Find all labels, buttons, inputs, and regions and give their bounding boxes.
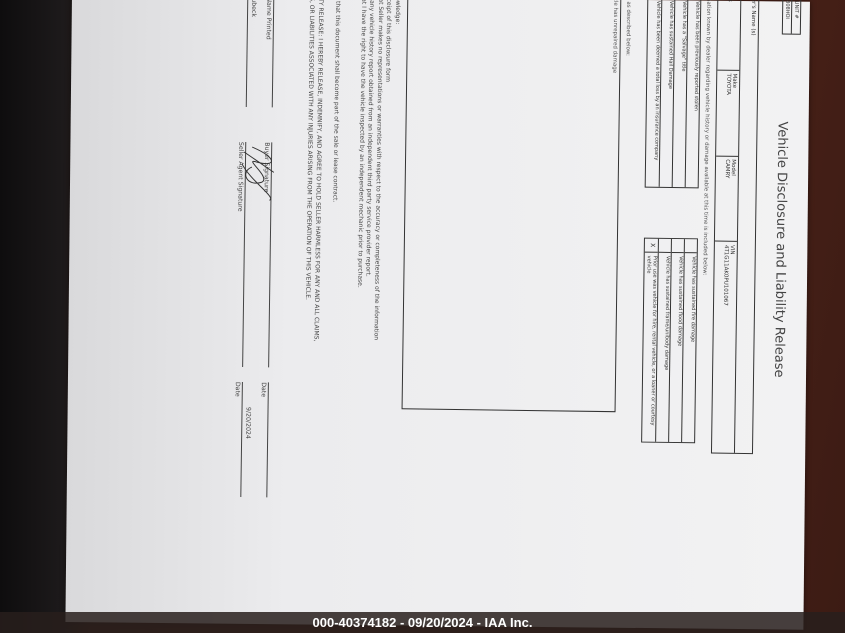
agree-statement: I agree that this document shall become … [331,0,341,202]
model-label: Model [729,159,736,238]
checkbox[interactable] [672,239,684,253]
seller-date-value: 9/20/2024 [244,407,251,439]
model-cell: Model CAMRY [715,156,738,242]
seller-agent-name-printed-line [245,0,249,107]
liability-release: LIABILITY RELEASE: I HEREBY RELEASE, IND… [300,0,325,538]
checkbox-checked[interactable]: X [645,239,658,253]
make-label: Make [730,74,737,153]
acknowledgement-section: I acknowledge: - Receipt of this disclos… [351,0,401,539]
buyer-name-printed-line: Buyer Name Printed [264,0,275,107]
checklist-label: Vehicle has been deemed a total loss by … [646,0,662,187]
seller-date-line: Date [232,382,243,497]
seller-agent-name: Benn Lubeck [250,0,258,17]
vehicle-disclosure-document: UNIT # 808HOI Vehicle Disclosure and Lia… [92,0,820,550]
checklist-label: Vehicle has been previously reported sto… [686,0,701,187]
unit-label: UNIT # [791,0,801,34]
checklist-label: Prior use was vehicle for hire, rental v… [642,253,658,442]
buyer-date-line: Date [258,382,269,497]
checklist-item: Vehicle has been previously reported sto… [685,0,701,187]
year-value: 2023 [725,0,732,67]
checklist-right: Vehicle has sustained fire damage Vehicl… [641,238,698,444]
intro-text: Information known by dealer regarding ve… [701,0,711,275]
handwritten-signature [236,142,282,203]
vehicle-info-table: Buyer's Name (s) Year 2023 Make TOYOTA M… [711,0,760,454]
other-label: Other, as described below: [625,0,632,56]
other-description-box: Vehicle has unrepaired damage [402,0,622,412]
document-title: Vehicle Disclosure and Liability Release [769,0,792,550]
checkbox[interactable] [685,239,697,253]
year-label: Year [731,0,738,67]
make-value: TOYOTA [724,73,731,152]
watermark-footer: 000-40374182 - 09/20/2024 - IAA Inc. [0,612,845,633]
checklist-label: Vehicle has sustained fire damage [682,253,697,442]
checkbox[interactable] [659,239,671,253]
model-value: CAMRY [723,159,730,238]
vin-cell: VIN 4T1G11AK0PU101067 [712,242,737,453]
year-cell: Year 2023 [717,0,740,71]
buyer-name-label: Buyer's Name (s) [750,0,757,36]
other-description-text: Vehicle has unrepaired damage [611,0,618,73]
make-cell: Make TOYOTA [716,70,739,156]
checklist-left: Vehicle has been previously reported sto… [645,0,702,188]
